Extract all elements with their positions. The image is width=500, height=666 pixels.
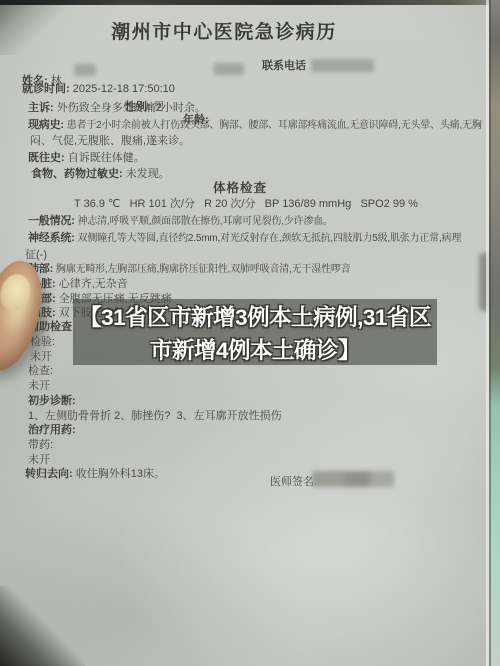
neuro-label: 神经系统: — [28, 232, 78, 244]
treatment-label-row: 治疗用药: — [28, 424, 76, 437]
diagnosis-label-row: 初步诊断: — [28, 395, 76, 408]
meds-value-row: 未开 — [28, 454, 50, 467]
allergy-label: 食物、药物过敏史: — [31, 168, 126, 180]
past-history-text: 自诉既往体健。 — [68, 152, 145, 164]
lung-row: 肺部: 胸廓无畸形,左胸部压痛,胸廓挤压征阳性,双肺呼吸音清,无干湿性啰音 — [28, 263, 350, 276]
chief-complaint-label: 主诉: — [28, 102, 57, 114]
outcome-label: 转归去向: — [25, 468, 76, 480]
lung-text: 胸廓无畸形,左胸部压痛,胸廓挤压征阳性,双肺呼吸音清,无干湿性啰音 — [56, 264, 351, 275]
neuro-text-line2: 征(-) — [25, 249, 47, 261]
photo-of-medical-record: 潮州市中心医院急诊病历 姓名: 林 性别: 男 年龄: 联系电话 就诊时间: 2… — [0, 0, 500, 666]
chief-complaint-row: 主诉: 外伤致全身多处疼痛2小时余。 — [28, 102, 206, 115]
news-caption-line2: 市新增4例本土确诊】 — [150, 333, 360, 365]
outcome-row: 转归去向: 收住胸外科13床。 — [25, 468, 165, 481]
general-condition-text: 神志清,呼吸平顺,颜面部散在擦伤,耳廓可见裂伤,少许渗血。 — [78, 216, 333, 227]
name-redaction — [74, 64, 96, 76]
phone-label: 联系电话 — [262, 60, 306, 73]
visit-time-value: 2025-12-18 17:50:10 — [73, 83, 175, 95]
allergy-row: 食物、药物过敏史: 未发现。 — [31, 168, 170, 181]
neuro-text-line1: 双侧瞳孔等大等圆,直径约2.5mm,对光反射存在,颈软无抵抗,四肢肌力5级,肌张… — [78, 233, 462, 244]
document-title: 潮州市中心医院急诊病历 — [18, 17, 430, 44]
hpi-row-1: 现病史: 患者于2小时余前被人打伤致头部、胸部、腰部、耳廓部疼痛流血,无意识障碍… — [28, 119, 482, 132]
vitals-row: T 36.9 ℃ HR 101 次/分 R 20 次/分 BP 136/89 m… — [74, 198, 418, 211]
chief-complaint-text: 外伤致全身多处疼痛2小时余。 — [57, 102, 206, 114]
age-redaction — [214, 63, 244, 75]
meds-label-row: 带药: — [28, 439, 53, 452]
heart-text: 心律齐,无杂音 — [59, 278, 128, 290]
news-caption-line1: 【31省区市新增3例本土病例,31省区 — [79, 300, 431, 332]
doctor-signature-row: 医师签名: — [270, 476, 317, 489]
diagnosis-text-row: 1、左侧肋骨骨折 2、肺挫伤? 3、左耳廓开放性损伤 — [28, 410, 282, 423]
outcome-text: 收住胸外科13床。 — [76, 468, 165, 480]
past-history-label: 既往史: — [28, 152, 68, 164]
past-history-row: 既往史: 自诉既往体健。 — [28, 152, 145, 165]
phone-redaction — [311, 59, 374, 72]
visit-time-label: 就诊时间: — [22, 83, 73, 95]
patient-header-row: 姓名: 林 性别: 男 年龄: 联系电话 — [0, 62, 500, 78]
doctor-signature-redaction — [312, 471, 394, 487]
neuro-row-2: 征(-) — [25, 249, 47, 262]
news-caption-overlay: 【31省区市新增3例本土病例,31省区 市新增4例本土确诊】 — [73, 299, 437, 365]
hpi-text-line2: 闷、气促,无腹胀、腹痛,遂来诊。 — [30, 135, 190, 147]
hpi-row-2: 闷、气促,无腹胀、腹痛,遂来诊。 — [30, 135, 190, 148]
visit-time-row: 就诊时间: 2025-12-18 17:50:10 — [22, 83, 175, 96]
general-condition-row: 一般情况: 神志清,呼吸平顺,颜面部散在擦伤,耳廓可见裂伤,少许渗血。 — [28, 215, 333, 228]
general-condition-label: 一般情况: — [28, 215, 78, 227]
hpi-text-line1: 患者于2小时余前被人打伤致头部、胸部、腰部、耳廓部疼痛流血,无意识障碍,无头晕、… — [67, 120, 482, 131]
hpi-label: 现病史: — [28, 119, 67, 131]
physical-exam-title: 体格检查 — [20, 182, 460, 195]
exam-value-row: 未开 — [28, 380, 50, 393]
allergy-text: 未发现。 — [126, 168, 170, 180]
neuro-row-1: 神经系统: 双侧瞳孔等大等圆,直径约2.5mm,对光反射存在,颈软无抵抗,四肢肌… — [28, 232, 461, 245]
